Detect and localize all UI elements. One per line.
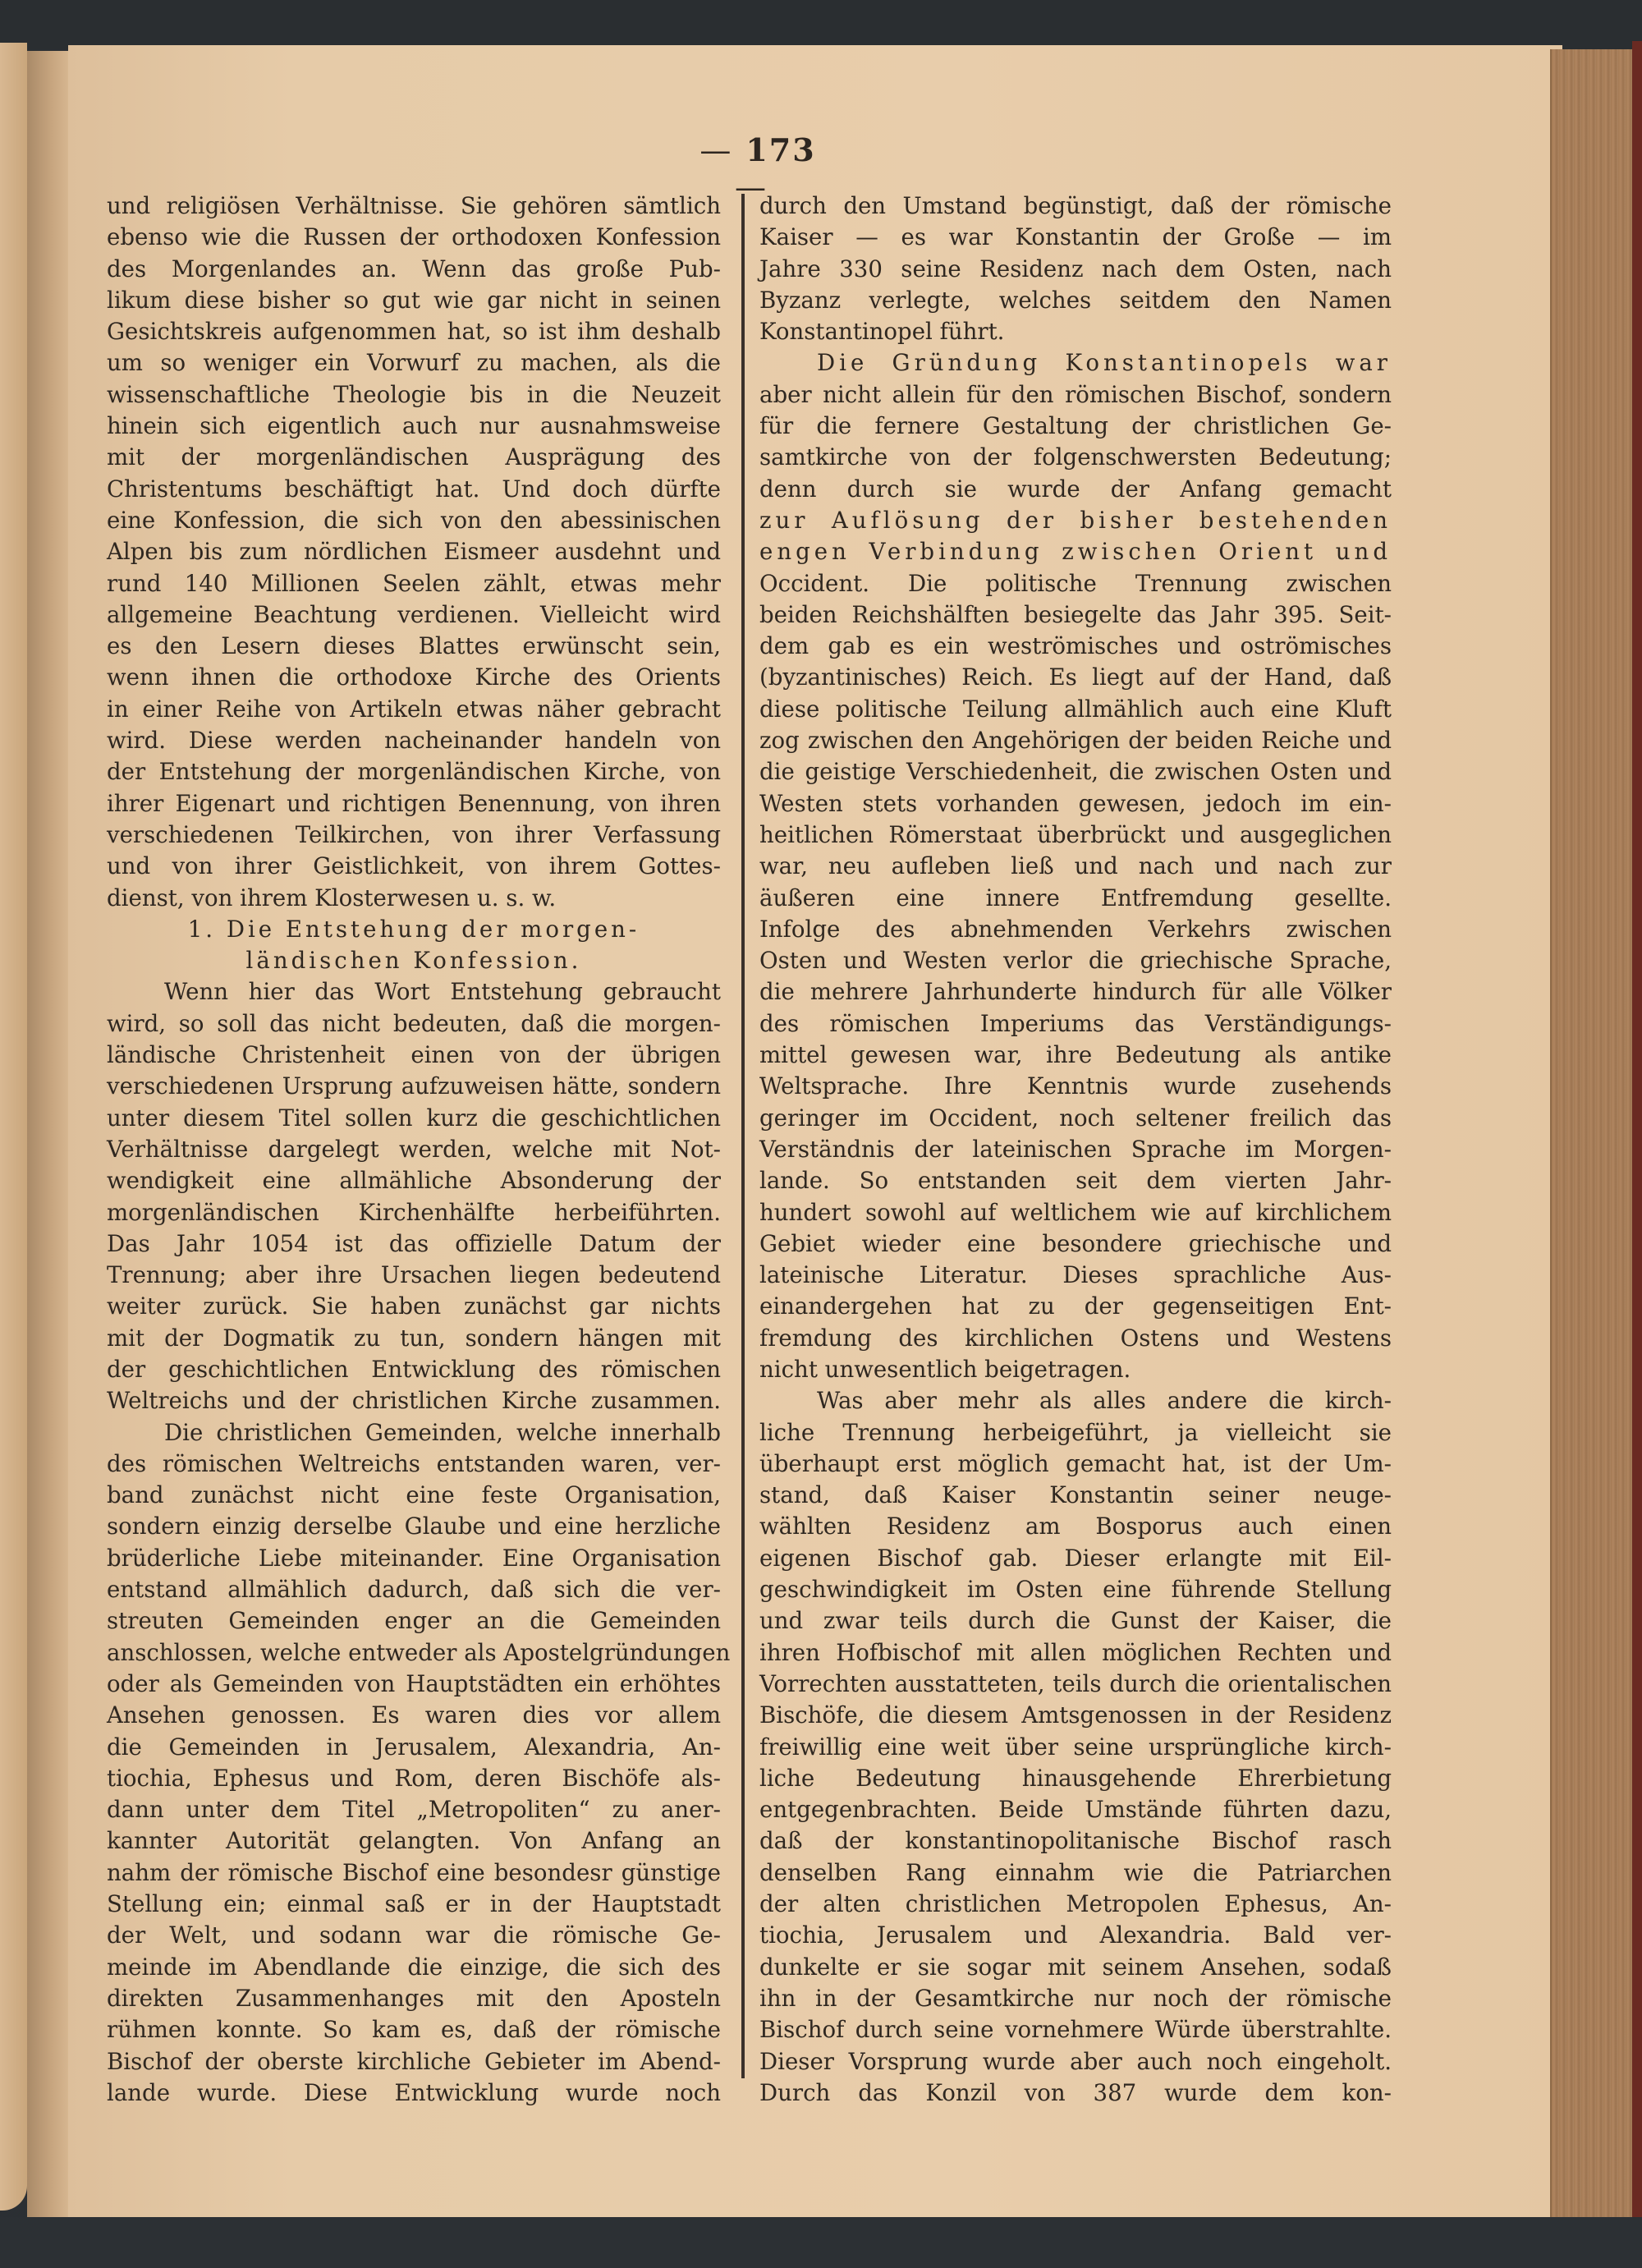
text-line: äußeren eine innere Entfremdung gesellte… xyxy=(759,883,1392,914)
text-line: zog zwischen den Angehörigen der beiden … xyxy=(759,725,1392,756)
text-line: geringer im Occident, noch seltener frei… xyxy=(759,1103,1392,1134)
text-line: und zwar teils durch die Gunst der Kaise… xyxy=(759,1605,1392,1637)
text-line: des römischen Weltreichs entstanden ware… xyxy=(107,1448,721,1480)
right-column: durch den Umstand begünstigt, daß der rö… xyxy=(759,191,1392,2109)
text-line: Gesichtskreis aufgenommen hat, so ist ih… xyxy=(107,316,721,347)
text-line: hinein sich eigentlich auch nur ausnahms… xyxy=(107,411,721,442)
text-line: zur Auflösung der bisher bestehenden xyxy=(759,505,1392,536)
text-line: Bischof der oberste kirchliche Gebieter … xyxy=(107,2046,721,2077)
text-line: denselben Rang einnahm wie die Patriarch… xyxy=(759,1857,1392,1889)
text-line: mit der morgenländischen Ausprägung des xyxy=(107,442,721,473)
text-line: geschwindigkeit im Osten eine führende S… xyxy=(759,1574,1392,1605)
text-line: verschiedenen Teilkirchen, von ihrer Ver… xyxy=(107,820,721,851)
text-line: samtkirche von der folgenschwersten Bede… xyxy=(759,442,1392,473)
text-line: dunkelte er sie sogar mit seinem Ansehen… xyxy=(759,1952,1392,1983)
page-stack-edge xyxy=(1550,49,1634,2217)
text-line: es den Lesern dieses Blattes erwünscht s… xyxy=(107,631,721,662)
text-line: lateinische Literatur. Dieses sprachlich… xyxy=(759,1260,1392,1291)
text-line: unter diesem Titel sollen kurz die gesch… xyxy=(107,1103,721,1134)
text-line: des Morgenlandes an. Wenn das große Pub- xyxy=(107,254,721,285)
text-line: stand, daß Kaiser Konstantin seiner neug… xyxy=(759,1480,1392,1511)
text-line: der Entstehung der morgenländischen Kirc… xyxy=(107,756,721,787)
text-line: heitlichen Römerstaat überbrückt und aus… xyxy=(759,820,1392,851)
text-line: Alpen bis zum nördlichen Eismeer ausdehn… xyxy=(107,536,721,567)
text-line: der alten christlichen Metropolen Ephesu… xyxy=(759,1889,1392,1920)
column-divider xyxy=(741,194,745,2078)
text-line: wissenschaftliche Theologie bis in die N… xyxy=(107,379,721,411)
text-line: dann unter dem Titel „Metropoliten“ zu a… xyxy=(107,1794,721,1825)
book-gutter xyxy=(27,51,68,2219)
text-line: ihren Hofbischof mit allen möglichen Rec… xyxy=(759,1637,1392,1669)
text-line: eine Konfession, die sich von den abessi… xyxy=(107,505,721,536)
text-line: der geschichtlichen Entwicklung des römi… xyxy=(107,1354,721,1385)
text-line: die mehrere Jahrhunderte hindurch für al… xyxy=(759,976,1392,1008)
text-line: kannter Autorität gelangten. Von Anfang … xyxy=(107,1825,721,1857)
text-line: Vorrechten ausstatteten, teils durch die… xyxy=(759,1669,1392,1700)
text-line: freiwillig eine weit über seine ursprüng… xyxy=(759,1732,1392,1763)
text-line: ebenso wie die Russen der orthodoxen Kon… xyxy=(107,222,721,253)
text-line: dem gab es ein weströmisches und oströmi… xyxy=(759,631,1392,662)
text-line: lande wurde. Diese Entwicklung wurde noc… xyxy=(107,2077,721,2109)
text-line: beiden Reichshälften besiegelte das Jahr… xyxy=(759,599,1392,631)
text-line: entgegenbrachten. Beide Umstände führten… xyxy=(759,1794,1392,1825)
text-line: Durch das Konzil von 387 wurde dem kon- xyxy=(759,2077,1392,2109)
text-line: denn durch sie wurde der Anfang gemacht xyxy=(759,474,1392,505)
text-line: Kaiser — es war Konstantin der Große — i… xyxy=(759,222,1392,253)
text-line: tiochia, Ephesus und Rom, deren Bischöfe… xyxy=(107,1763,721,1794)
text-line: überhaupt erst möglich gemacht hat, ist … xyxy=(759,1448,1392,1480)
text-line: Infolge des abnehmenden Verkehrs zwische… xyxy=(759,914,1392,945)
text-line: likum diese bisher so gut wie gar nicht … xyxy=(107,285,721,316)
page-number-dash-left: — xyxy=(699,132,732,168)
text-line: wird. Diese werden nacheinander handeln … xyxy=(107,725,721,756)
text-line: tiochia, Jerusalem und Alexandria. Bald … xyxy=(759,1920,1392,1951)
page-number-value: 173 xyxy=(745,131,815,168)
paragraph-intro: und religiösen Verhältnisse. Sie gehören… xyxy=(107,191,721,914)
text-line: des römischen Imperiums das Verständigun… xyxy=(759,1008,1392,1040)
paragraph-section-body: Wenn hier das Wort Entstehung gebraucht … xyxy=(107,976,721,2109)
text-line: mittel gewesen war, ihre Bedeutung als a… xyxy=(759,1040,1392,1071)
text-line: daß der konstantinopolitanische Bischof … xyxy=(759,1825,1392,1857)
text-line: liche Bedeutung hinausgehende Ehrerbietu… xyxy=(759,1763,1392,1794)
text-line: nahm der römische Bischof eine besondesr… xyxy=(107,1857,721,1889)
text-line: Weltreichs und der christlichen Kirche z… xyxy=(107,1385,721,1416)
text-line: und von ihrer Geistlichkeit, von ihrem G… xyxy=(107,851,721,882)
text-line: allgemeine Beachtung verdienen. Vielleic… xyxy=(107,599,721,631)
text-line: wendigkeit eine allmähliche Absonderung … xyxy=(107,1165,721,1196)
text-line: Dieser Vorsprung wurde aber auch noch ei… xyxy=(759,2046,1392,2077)
text-line: sondern einzig derselbe Glaube und eine … xyxy=(107,1511,721,1542)
text-line: Wenn hier das Wort Entstehung gebraucht xyxy=(107,976,721,1008)
text-line: Das Jahr 1054 ist das offizielle Datum d… xyxy=(107,1228,721,1260)
text-line: Verhältnisse dargelegt werden, welche mi… xyxy=(107,1134,721,1165)
text-line: aber nicht allein für den römischen Bisc… xyxy=(759,379,1392,411)
text-line: wenn ihnen die orthodoxe Kirche des Orie… xyxy=(107,662,721,693)
text-line: liche Trennung herbeigeführt, ja viellei… xyxy=(759,1417,1392,1448)
book-cover-top xyxy=(0,0,1642,49)
text-line: weiter zurück. Sie haben zunächst gar ni… xyxy=(107,1291,721,1322)
text-line: Gebiet wieder eine besondere griechische… xyxy=(759,1228,1392,1260)
text-line: diese politische Teilung allmählich auch… xyxy=(759,694,1392,725)
text-line: Osten und Westen verlor die griechische … xyxy=(759,945,1392,976)
text-line: und religiösen Verhältnisse. Sie gehören… xyxy=(107,191,721,222)
text-line: Was aber mehr als alles andere die kirch… xyxy=(759,1385,1392,1416)
left-column: und religiösen Verhältnisse. Sie gehören… xyxy=(107,191,721,2109)
text-line: die Gemeinden in Jerusalem, Alexandria, … xyxy=(107,1732,721,1763)
text-line: Stellung ein; einmal saß er in der Haupt… xyxy=(107,1889,721,1920)
section-heading-line-1: 1. Die Entstehung der morgen- xyxy=(107,914,721,945)
text-line: band zunächst nicht eine feste Organisat… xyxy=(107,1480,721,1511)
text-line: Ansehen genossen. Es waren dies vor alle… xyxy=(107,1700,721,1731)
text-line: dienst, von ihrem Klosterwesen u. s. w. xyxy=(107,883,721,914)
text-line: der Welt, und sodann war die römische Ge… xyxy=(107,1920,721,1951)
text-line: verschiedenen Ursprung aufzuweisen hätte… xyxy=(107,1071,721,1102)
text-line: durch den Umstand begünstigt, daß der rö… xyxy=(759,191,1392,222)
text-line: eigenen Bischof gab. Dieser erlangte mit… xyxy=(759,1543,1392,1574)
previous-page-edge xyxy=(0,43,27,2211)
text-line: war, neu aufleben ließ und nach und nach… xyxy=(759,851,1392,882)
text-line: hundert sowohl auf weltlichem wie auf ki… xyxy=(759,1197,1392,1228)
text-line: ihrer Eigenart und richtigen Benennung, … xyxy=(107,788,721,820)
section-heading: 1. Die Entstehung der morgen- ländischen… xyxy=(107,914,721,977)
text-line: Christentums beschäftigt hat. Und doch d… xyxy=(107,474,721,505)
text-line: engen Verbindung zwischen Orient und xyxy=(759,536,1392,567)
text-line: rühmen konnte. So kam es, daß der römisc… xyxy=(107,2014,721,2045)
text-line: in einer Reihe von Artikeln etwas näher … xyxy=(107,694,721,725)
text-line: ländische Christenheit einen von der übr… xyxy=(107,1040,721,1071)
text-line: rund 140 Millionen Seelen zählt, etwas m… xyxy=(107,568,721,599)
text-line: einandergehen hat zu der gegenseitigen E… xyxy=(759,1291,1392,1322)
text-line: Jahre 330 seine Residenz nach dem Osten,… xyxy=(759,254,1392,285)
text-line: meinde im Abendlande die einzige, die si… xyxy=(107,1952,721,1983)
text-line: (byzantinisches) Reich. Es liegt auf der… xyxy=(759,662,1392,693)
text-line: ihn in der Gesamtkirche nur noch der röm… xyxy=(759,1983,1392,2014)
text-line: Bischöfe, die diesem Amtsgenossen in der… xyxy=(759,1700,1392,1731)
text-line: Die christlichen Gemeinden, welche inner… xyxy=(107,1417,721,1448)
text-line: direkten Zusammenhanges mit den Aposteln xyxy=(107,1983,721,2014)
text-line: Bischof durch seine vornehmere Würde übe… xyxy=(759,2014,1392,2045)
text-line: entstand allmählich dadurch, daß sich di… xyxy=(107,1574,721,1605)
book-cover-bottom xyxy=(0,2217,1642,2268)
text-line: lande. So entstanden seit dem vierten Ja… xyxy=(759,1165,1392,1196)
text-line: oder als Gemeinden von Hauptstädten ein … xyxy=(107,1669,721,1700)
text-line: anschlossen, welche entweder als Apostel… xyxy=(107,1637,721,1669)
book-cover-right xyxy=(1632,41,1642,2258)
text-line: Verständnis der lateinischen Sprache im … xyxy=(759,1134,1392,1165)
text-line: brüderliche Liebe miteinander. Eine Orga… xyxy=(107,1543,721,1574)
text-line: Die Gründung Konstantinopels war xyxy=(759,347,1392,379)
text-line: fremdung des kirchlichen Ostens und West… xyxy=(759,1323,1392,1354)
text-line: Westen stets vorhanden gewesen, jedoch i… xyxy=(759,788,1392,820)
text-line: um so weniger ein Vorwurf zu machen, als… xyxy=(107,347,721,379)
text-line: die geistige Verschiedenheit, die zwisch… xyxy=(759,756,1392,787)
text-line: wählten Residenz am Bosporus auch einen xyxy=(759,1511,1392,1542)
text-line: für die fernere Gestaltung der christlic… xyxy=(759,411,1392,442)
text-line: streuten Gemeinden enger an die Gemeinde… xyxy=(107,1605,721,1637)
text-line: mit der Dogmatik zu tun, sondern hängen … xyxy=(107,1323,721,1354)
text-line: Byzanz verlegte, welches seitdem den Nam… xyxy=(759,285,1392,316)
text-line: Konstantinopel führt. xyxy=(759,316,1392,347)
section-heading-line-2: ländischen Konfession. xyxy=(107,945,721,976)
text-line: Trennung; aber ihre Ursachen liegen bede… xyxy=(107,1260,721,1291)
text-line: Occident. Die politische Trennung zwisch… xyxy=(759,568,1392,599)
text-line: wird, so soll das nicht bedeuten, daß di… xyxy=(107,1008,721,1040)
text-line: morgenländischen Kirchenhälfte herbeifüh… xyxy=(107,1197,721,1228)
text-line: nicht unwesentlich beigetragen. xyxy=(759,1354,1392,1385)
text-line: Weltsprache. Ihre Kenntnis wurde zusehen… xyxy=(759,1071,1392,1102)
